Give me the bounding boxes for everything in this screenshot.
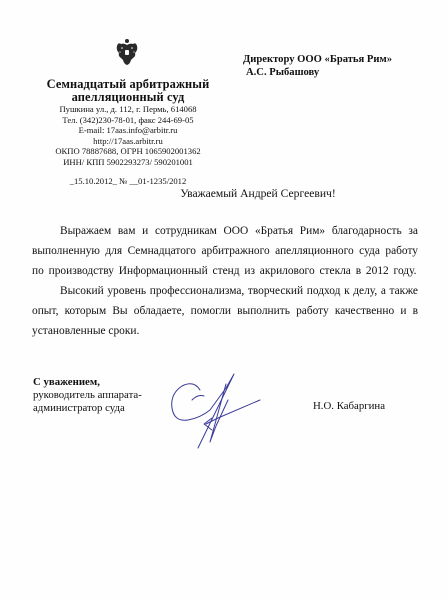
letterhead: Семнадцатый арбитражный апелляционный су…	[40, 78, 216, 186]
russian-coat-of-arms-icon	[114, 38, 140, 66]
body-paragraph: Выражаем вам и сотрудникам ООО «Братья Р…	[32, 221, 418, 281]
closing: С уважением, руководитель аппарата- адми…	[33, 376, 142, 415]
handwritten-signature-icon	[168, 360, 278, 465]
closing-position-line1: руководитель аппарата-	[33, 389, 142, 402]
closing-position-line2: администратор суда	[33, 402, 142, 415]
letter-body: Выражаем вам и сотрудникам ООО «Братья Р…	[32, 221, 418, 341]
closing-salutation: С уважением,	[33, 376, 142, 389]
addressee-title: Директору ООО «Братья Рим»	[243, 53, 392, 66]
signatory-name: Н.О. Кабаргина	[313, 400, 385, 412]
letter-page: Семнадцатый арбитражный апелляционный су…	[0, 0, 448, 600]
court-email: E-mail: 17aas.info@arbitr.ru	[40, 125, 216, 136]
addressee: Директору ООО «Братья Рим» А.С. Рыбашову	[243, 53, 392, 79]
body-paragraph: Высокий уровень профессионализма, творче…	[32, 281, 418, 341]
court-okpo-ogrn: ОКПО 78887688, ОГРН 1065902001362	[40, 146, 216, 157]
registration-number: _15.10.2012_ № __01-1235/2012	[40, 176, 216, 187]
court-phone: Тел. (342)230-78-01, факс 244-69-05	[40, 115, 216, 126]
addressee-name: А.С. Рыбашову	[243, 66, 392, 79]
court-website: http://17aas.arbitr.ru	[40, 136, 216, 147]
greeting: Уважаемый Андрей Сергеевич!	[0, 187, 448, 200]
court-name-line2: апелляционный суд	[40, 91, 216, 104]
court-inn-kpp: ИНН/ КПП 5902293273/ 590201001	[40, 157, 216, 168]
court-address: Пушкина ул., д. 112, г. Пермь, 614068	[40, 104, 216, 115]
